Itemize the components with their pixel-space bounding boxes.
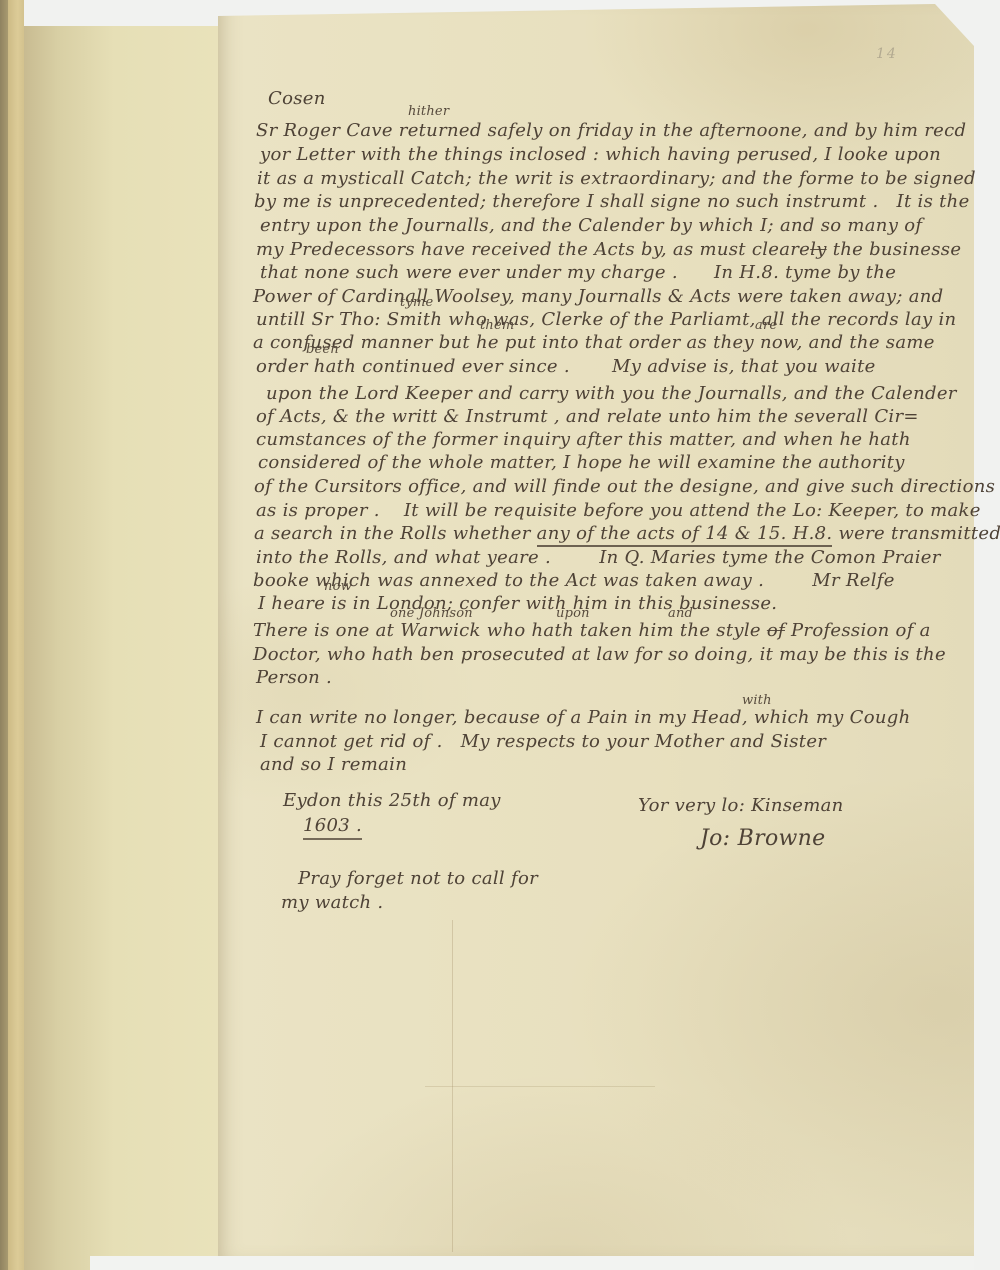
flyleaf-page (24, 26, 220, 1270)
manuscript-line: cumstances of the former inquiry after t… (256, 429, 911, 451)
line-segment: my Predecessors have received the Acts b… (256, 239, 810, 260)
manuscript-line: untill Sr Tho: Smith who was, Clerke of … (256, 309, 956, 331)
interline-insertion: them (480, 318, 514, 333)
underlined-passage: any of the acts of 14 & 15. H.8. (537, 523, 833, 547)
salutation: Cosen (268, 88, 326, 110)
binding-guard-strip (8, 0, 24, 1270)
struck-word: ly (810, 239, 827, 260)
binding-edge (0, 0, 8, 1270)
line-segment: Profession of a (785, 620, 931, 641)
manuscript-line: that none such were ever under my charge… (260, 262, 896, 284)
manuscript-line: order hath continued ever since . My adv… (256, 356, 876, 378)
scan-bottom-margin (90, 1256, 974, 1270)
manuscript-line: There is one at Warwick who hath taken h… (253, 620, 931, 642)
interline-insertion: are (755, 318, 777, 333)
manuscript-line: Sr Roger Cave returned safely on friday … (256, 120, 966, 142)
line-segment: the businesse (827, 239, 962, 260)
postscript-line: my watch . (281, 892, 383, 914)
manuscript-line: my Predecessors have received the Acts b… (256, 239, 961, 261)
manuscript-line: into the Rolls, and what yeare . In Q. M… (256, 547, 941, 569)
manuscript-line: yor Letter with the things inclosed : wh… (260, 144, 941, 166)
line-segment: There is one at Warwick who hath taken h… (253, 620, 767, 641)
manuscript-line: I heare is in London; confer with him in… (258, 593, 777, 615)
manuscript-line: entry upon the Journalls, and the Calend… (260, 215, 922, 237)
interline-insertion: with (742, 693, 772, 708)
page-crease-horizontal (425, 1086, 655, 1087)
manuscript-line: and so I remain (260, 754, 407, 776)
manuscript-line: by me is unprecedented; therefore I shal… (254, 191, 970, 213)
interline-insertion: now (324, 579, 352, 594)
manuscript-line: of Acts, & the writt & Instrumt , and re… (256, 406, 919, 428)
manuscript-line: it as a mysticall Catch; the writ is ext… (257, 168, 976, 190)
manuscript-line: Doctor, who hath ben prosecuted at law f… (253, 644, 946, 666)
dateline-place: Eydon this 25th of may (283, 790, 501, 812)
postscript-line: Pray forget not to call for (298, 868, 538, 890)
line-segment: a search in the Rolls whether (254, 523, 537, 544)
line-segment: were transmitted (832, 523, 1000, 544)
manuscript-line: a confused manner but he put into that o… (253, 332, 935, 354)
manuscript-line: of the Cursitors office, and will finde … (254, 476, 995, 498)
interline-insertion: been (306, 342, 339, 357)
manuscript-line: a search in the Rolls whether any of the… (254, 523, 1000, 545)
interline-insertion: upon (556, 606, 590, 621)
valediction: Yor very lo: Kinseman (638, 795, 844, 817)
dateline-year: 1603 . (303, 815, 362, 837)
manuscript-line: I cannot get rid of . My respects to you… (260, 731, 826, 753)
manuscript-line: considered of the whole matter, I hope h… (258, 452, 905, 474)
manuscript-scan: 14 Cosen Sr Roger Cave returned safely o… (0, 0, 1000, 1270)
interline-insertion: one Johnson (390, 606, 473, 621)
interline-insertion: hither (408, 104, 449, 119)
manuscript-line: Power of Cardinall Woolsey, many Journal… (253, 286, 944, 308)
struck-word: of (767, 620, 785, 641)
interline-insertion: and (668, 606, 693, 621)
manuscript-line: I can write no longer, because of a Pain… (256, 707, 911, 729)
manuscript-line: Person . (256, 667, 332, 689)
signature: Jo: Browne (700, 828, 825, 850)
manuscript-line: as is proper . It will be requisite befo… (256, 500, 981, 522)
interline-insertion: tyme (400, 295, 433, 310)
folio-number: 14 (876, 46, 898, 62)
manuscript-line: upon the Lord Keeper and carry with you … (266, 383, 957, 405)
year-underlined: 1603 . (303, 815, 362, 840)
